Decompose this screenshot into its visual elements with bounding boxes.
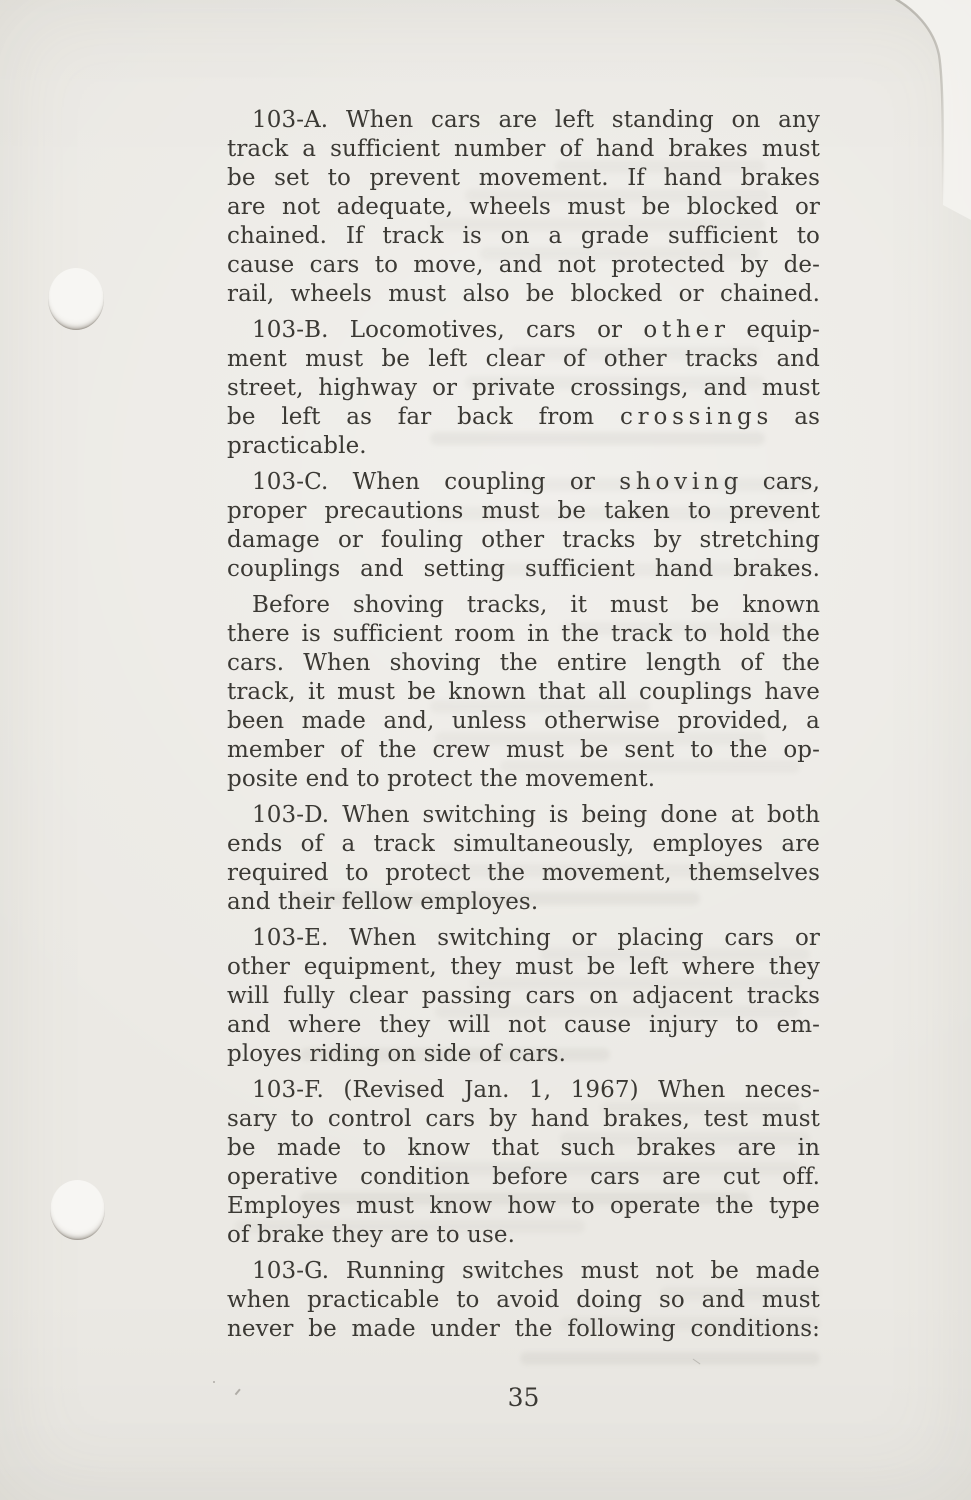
text-line: member of the crew must be sent to the o… xyxy=(227,736,820,765)
text-line: 103-D. When switching is being done at b… xyxy=(227,801,820,830)
text-column: 103-A. When cars are left standing on an… xyxy=(227,106,820,1344)
text-line: rail, wheels must also be blocked or cha… xyxy=(227,280,820,309)
paragraph-103-F: 103-F. (Revised Jan. 1, 1967) When neces… xyxy=(227,1076,820,1250)
scan-scratch xyxy=(692,1359,700,1365)
text-line: cars. When shoving the entire length of … xyxy=(227,649,820,678)
text-line: cause cars to move, and not protected by… xyxy=(227,251,820,280)
paragraph-103-E: 103-E. When switching or placing cars or… xyxy=(227,924,820,1069)
text-line: be made to know that such brakes are in xyxy=(227,1134,820,1163)
text-line: 103-B. Locomotives, cars or o t h e r eq… xyxy=(227,316,820,345)
page-curl-shadow xyxy=(830,0,971,220)
text-line: 103-F. (Revised Jan. 1, 1967) When neces… xyxy=(227,1076,820,1105)
text-line: 103-E. When switching or placing cars or xyxy=(227,924,820,953)
text-line: chained. If track is on a grade sufficie… xyxy=(227,222,820,251)
text-line: 103-A. When cars are left standing on an… xyxy=(227,106,820,135)
punch-hole-bottom xyxy=(50,1180,105,1240)
paragraph-103-A: 103-A. When cars are left standing on an… xyxy=(227,106,820,309)
text-line: Before shoving tracks, it must be known xyxy=(227,591,820,620)
text-line: and their fellow employes. xyxy=(227,888,820,917)
text-line: Employes must know how to operate the ty… xyxy=(227,1192,820,1221)
text-line: posite end to protect the movement. xyxy=(227,765,820,794)
text-line: 103-C. When coupling or s h o v i n g ca… xyxy=(227,468,820,497)
text-line: when practicable to avoid doing so and m… xyxy=(227,1286,820,1315)
page-number: 35 xyxy=(227,1383,820,1412)
text-line: be left as far back from c r o s s i n g… xyxy=(227,403,820,432)
text-line: damage or fouling other tracks by stretc… xyxy=(227,526,820,555)
text-line: sary to control cars by hand brakes, tes… xyxy=(227,1105,820,1134)
text-line: required to protect the movement, themse… xyxy=(227,859,820,888)
bleedthrough-smudge xyxy=(520,1352,820,1365)
scanned-rulebook-page: 103-A. When cars are left standing on an… xyxy=(0,0,971,1500)
text-line: operative condition before cars are cut … xyxy=(227,1163,820,1192)
text-line: ployes riding on side of cars. xyxy=(227,1040,820,1069)
scan-speck xyxy=(213,1381,215,1383)
text-line: and where they will not cause injury to … xyxy=(227,1011,820,1040)
text-line: there is sufficient room in the track to… xyxy=(227,620,820,649)
text-line: are not adequate, wheels must be blocked… xyxy=(227,193,820,222)
text-line: couplings and setting sufficient hand br… xyxy=(227,555,820,584)
text-line: track a sufficient number of hand brakes… xyxy=(227,135,820,164)
text-line: of brake they are to use. xyxy=(227,1221,820,1250)
paragraph-103-D: 103-D. When switching is being done at b… xyxy=(227,801,820,917)
text-line: 103-G. Running switches must not be made xyxy=(227,1257,820,1286)
text-line: been made and, unless otherwise provided… xyxy=(227,707,820,736)
text-line: proper precautions must be taken to prev… xyxy=(227,497,820,526)
paragraph-103-C: 103-C. When coupling or s h o v i n g ca… xyxy=(227,468,820,584)
text-line: street, highway or private crossings, an… xyxy=(227,374,820,403)
text-line: be set to prevent movement. If hand brak… xyxy=(227,164,820,193)
punch-hole-top xyxy=(48,268,104,330)
paragraph-103-G: 103-G. Running switches must not be made… xyxy=(227,1257,820,1344)
text-line: practicable. xyxy=(227,432,820,461)
paragraph-before-shoving: Before shoving tracks, it must be knownt… xyxy=(227,591,820,794)
text-line: other equipment, they must be left where… xyxy=(227,953,820,982)
text-line: never be made under the following condit… xyxy=(227,1315,820,1344)
paragraph-103-B: 103-B. Locomotives, cars or o t h e r eq… xyxy=(227,316,820,461)
text-line: will fully clear passing cars on adjacen… xyxy=(227,982,820,1011)
text-line: ends of a track simultaneously, employes… xyxy=(227,830,820,859)
text-line: track, it must be known that all couplin… xyxy=(227,678,820,707)
text-line: ment must be left clear of other tracks … xyxy=(227,345,820,374)
